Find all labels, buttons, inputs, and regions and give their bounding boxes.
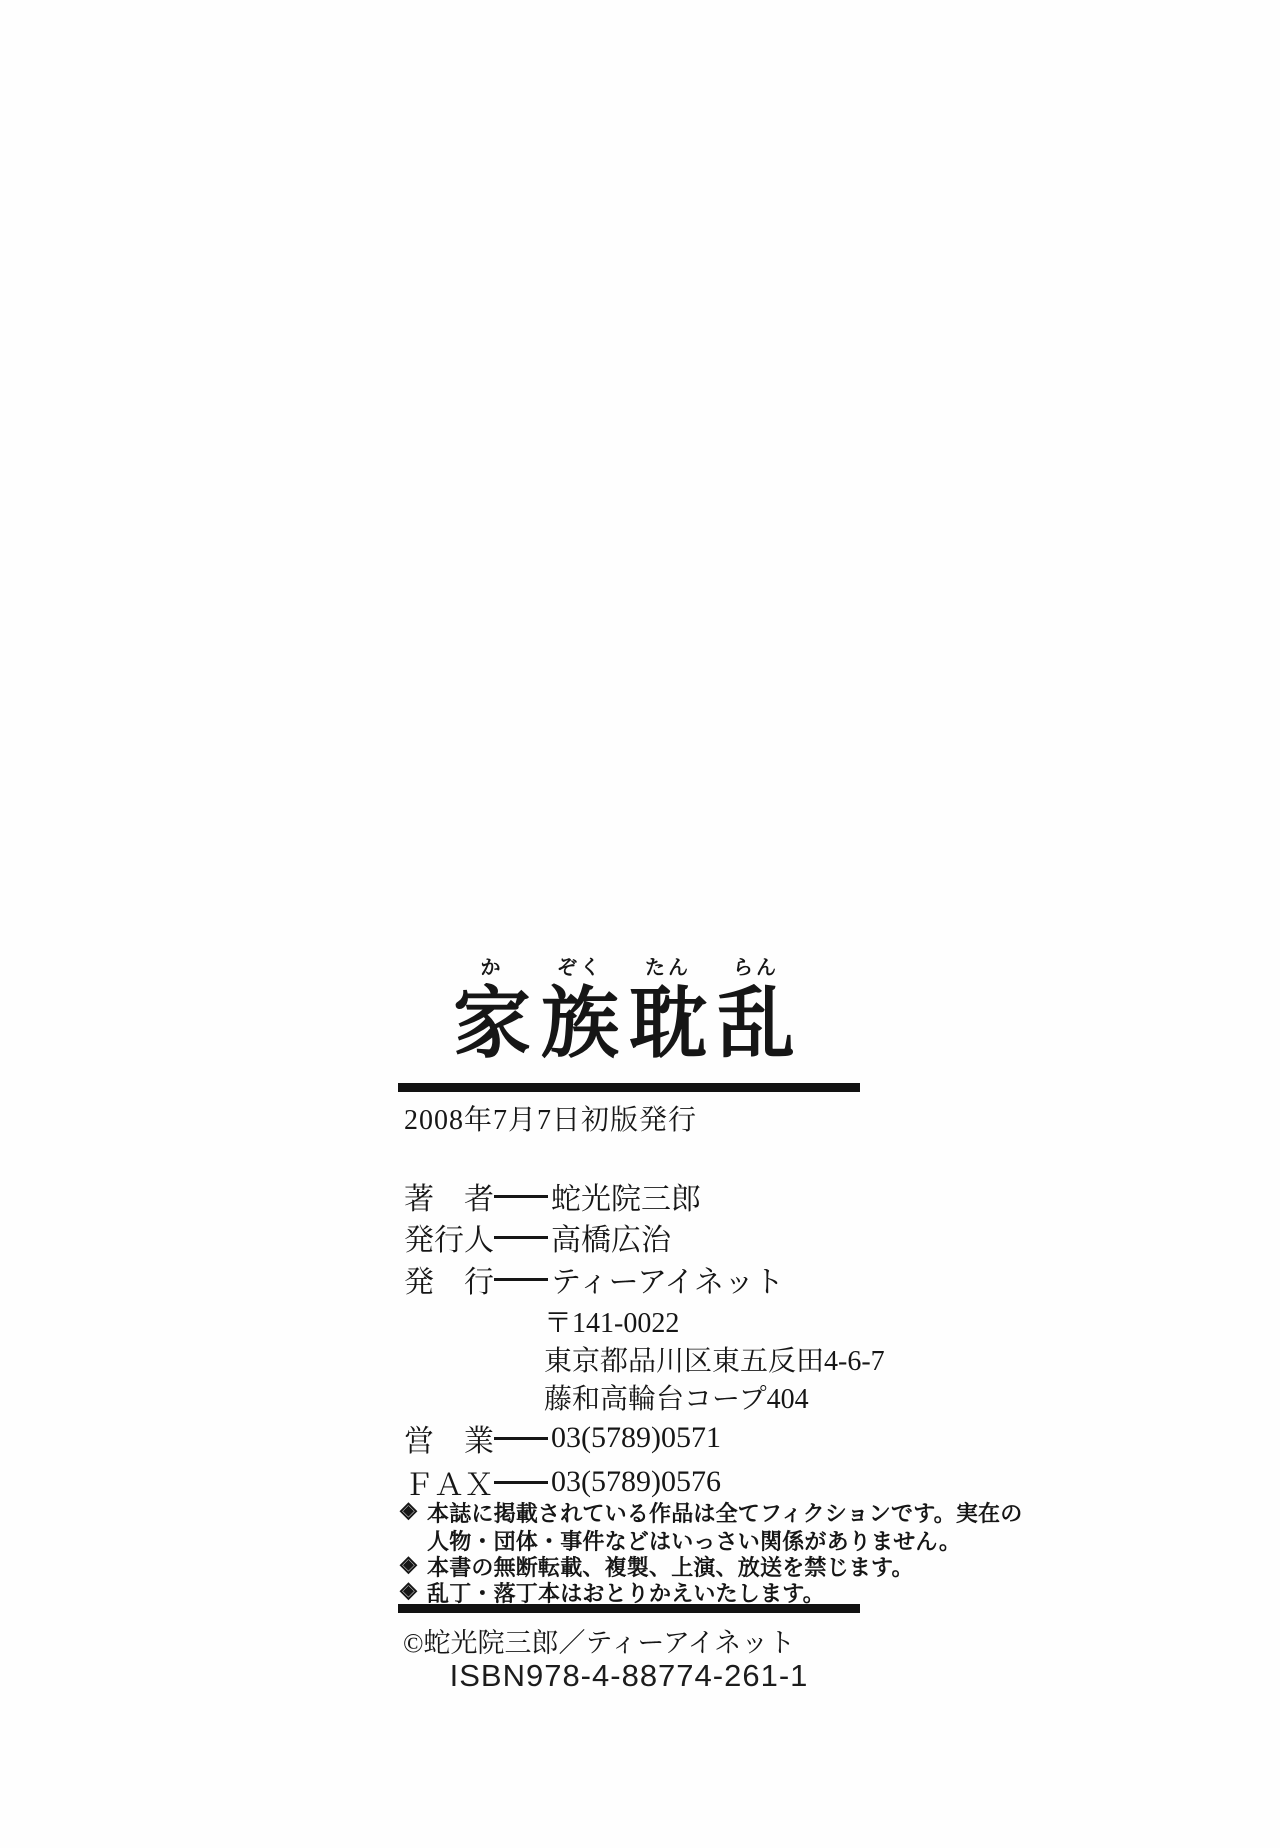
- contact-value: 03(5789)0576: [551, 1465, 721, 1499]
- isbn-number: ISBN978-4-88774-261-1: [398, 1658, 860, 1694]
- credit-row-author: 著 者 蛇光院三郎: [404, 1174, 701, 1218]
- credit-label: 発行人: [404, 1215, 494, 1259]
- title-char: ぞく 族: [541, 958, 619, 1063]
- furigana-text: たん: [645, 958, 691, 978]
- furigana-text: か: [481, 958, 504, 978]
- contact-label: 営 業: [404, 1416, 494, 1460]
- diamond-bullet-icon: ◈: [400, 1497, 427, 1528]
- notice-fiction-disclaimer: ◈ 本誌に掲載されている作品は全てフィクションです。実在の: [400, 1497, 1022, 1528]
- postal-code: 〒141-0022: [544, 1301, 679, 1341]
- title-char: らん 乱: [717, 958, 795, 1063]
- contact-row-sales: 営 業 03(5789)0571: [404, 1416, 721, 1460]
- title-char: か 家: [453, 958, 531, 1063]
- leader-dash: [494, 1278, 548, 1281]
- book-title: か 家 ぞく 族 たん 耽 らん 乱: [453, 958, 795, 1063]
- contact-value: 03(5789)0571: [551, 1421, 721, 1455]
- edition-date: 2008年7月7日初版発行: [404, 1098, 697, 1138]
- credit-label: 発 行: [404, 1257, 494, 1301]
- address-line-1: 東京都品川区東五反田4-6-7: [544, 1339, 885, 1379]
- copyright-line: ©蛇光院三郎／ティーアイネット: [403, 1621, 795, 1660]
- notice-text: 本誌に掲載されている作品は全てフィクションです。実在の: [427, 1497, 1022, 1528]
- furigana-text: ぞく: [557, 958, 603, 978]
- credit-value: 高橋広治: [551, 1215, 671, 1259]
- furigana-text: らん: [733, 958, 779, 978]
- title-divider-rule: [398, 1083, 860, 1092]
- leader-dash: [494, 1481, 548, 1484]
- credit-label: 著 者: [404, 1174, 494, 1218]
- credit-value: 蛇光院三郎: [551, 1174, 701, 1218]
- title-kanji: 家: [453, 985, 531, 1063]
- leader-dash: [494, 1195, 548, 1198]
- title-kanji: 耽: [629, 985, 707, 1063]
- title-char: たん 耽: [629, 958, 707, 1063]
- credit-row-imprint: 発 行 ティーアイネット: [404, 1257, 784, 1301]
- credit-row-publisher: 発行人 高橋広治: [404, 1215, 671, 1259]
- colophon-page: か 家 ぞく 族 たん 耽 らん 乱 2008年7月7日初版発行 著 者 蛇光: [0, 0, 1280, 1848]
- footer-divider-rule: [398, 1604, 860, 1613]
- title-kanji: 乱: [717, 985, 795, 1063]
- leader-dash: [494, 1236, 548, 1239]
- title-kanji: 族: [541, 985, 619, 1063]
- credit-value: ティーアイネット: [551, 1257, 784, 1301]
- leader-dash: [494, 1437, 548, 1440]
- address-line-2: 藤和高輪台コープ404: [544, 1377, 809, 1417]
